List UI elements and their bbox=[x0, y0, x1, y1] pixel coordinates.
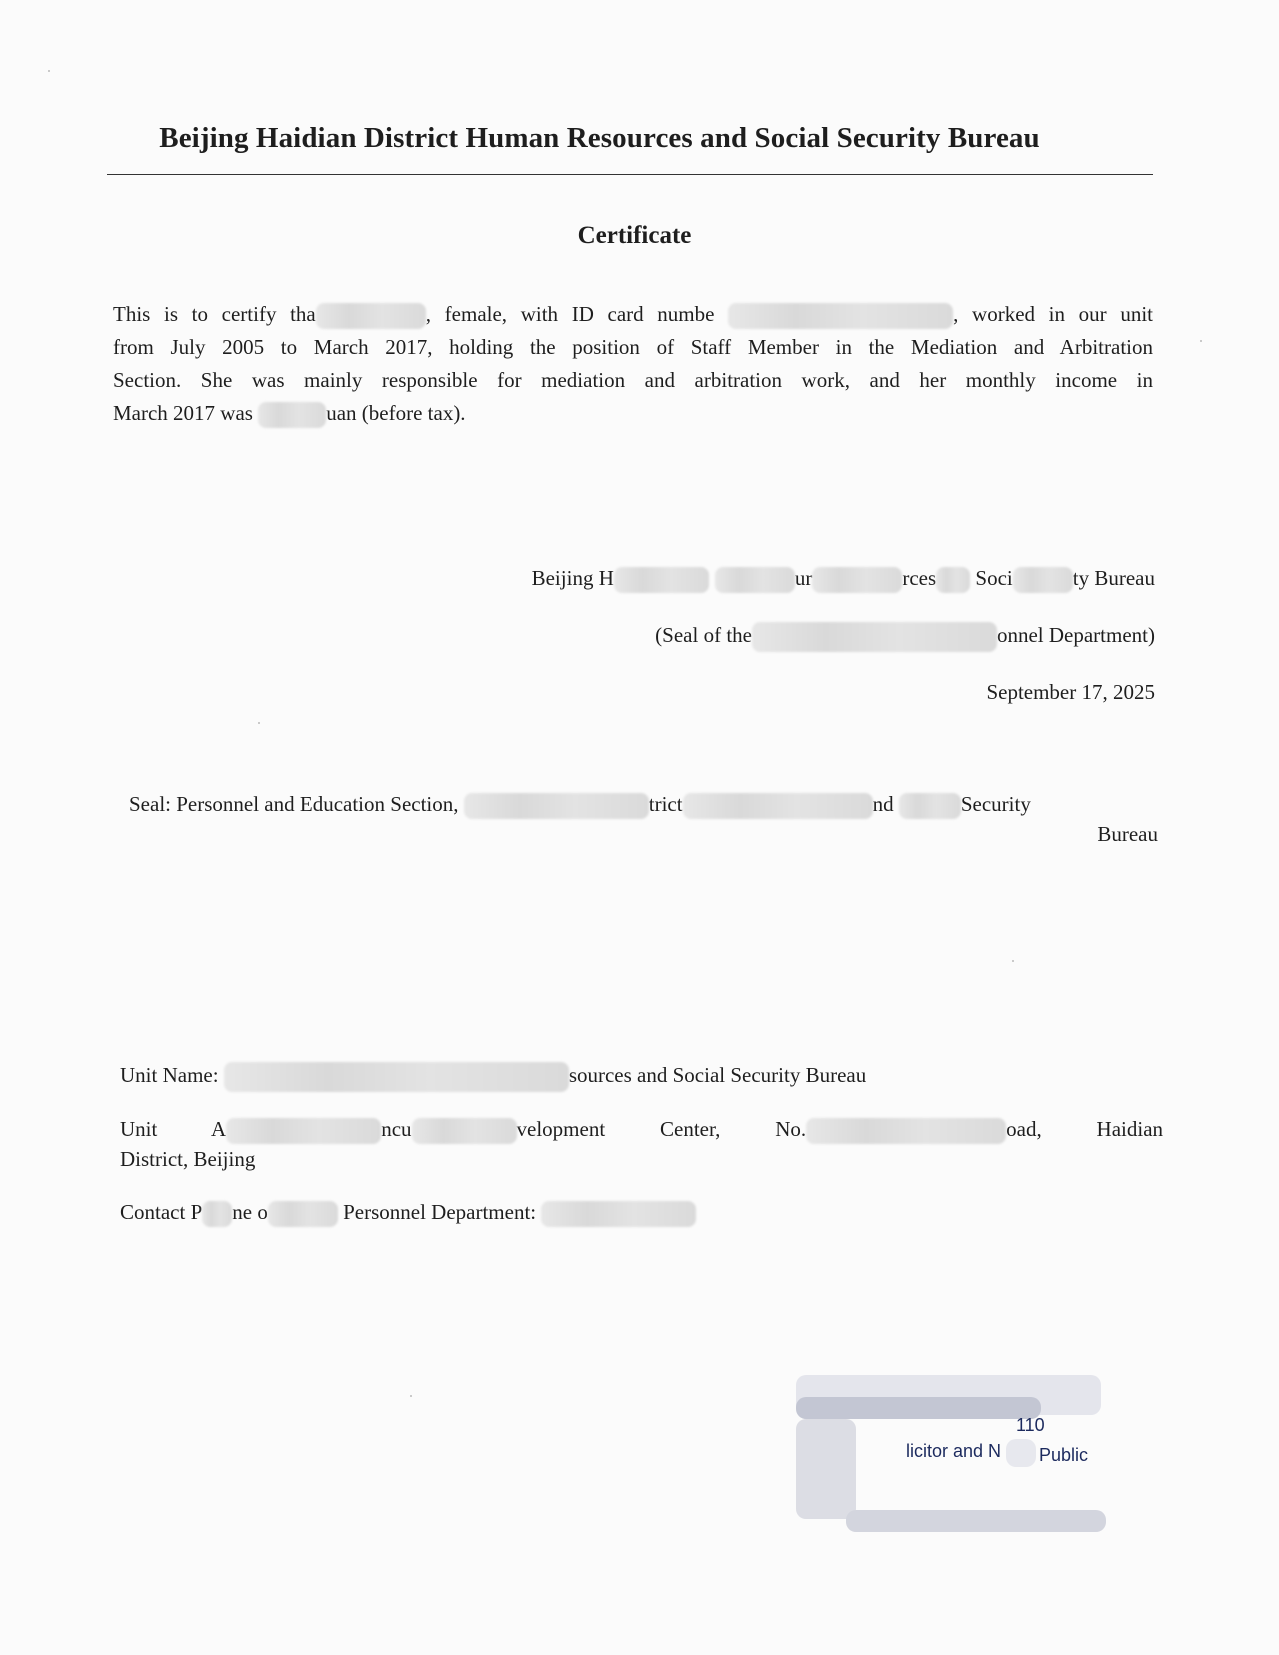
redacted-text bbox=[202, 1201, 232, 1227]
body-line-4: March 2017 was uan (before tax). bbox=[113, 397, 1153, 430]
issuer-seal-note: (Seal of theonnel Department) bbox=[655, 622, 1155, 652]
seal-note-text: trict bbox=[649, 792, 683, 816]
unit-address: Unit Ancuvelopment Center, No.oad, Haidi… bbox=[120, 1114, 1163, 1174]
body-text: , worked in our unit bbox=[953, 302, 1153, 326]
certificate-title: Certificate bbox=[0, 222, 1279, 250]
redacted-text bbox=[806, 1118, 1006, 1144]
redacted-text bbox=[752, 622, 997, 652]
unit-address-text: Unit A bbox=[120, 1117, 226, 1141]
unit-name-text: sources and Social Security Bureau bbox=[569, 1063, 866, 1087]
header-divider bbox=[107, 174, 1153, 175]
body-text: , female, with ID card numbe bbox=[426, 302, 715, 326]
notary-text: Public bbox=[1039, 1445, 1088, 1466]
issuer-name: Beijing Hurrces Socity Bureau bbox=[532, 566, 1155, 593]
redacted-income bbox=[258, 402, 326, 428]
redacted-text bbox=[715, 567, 795, 593]
redacted-text bbox=[899, 793, 961, 819]
issuer-text: ur bbox=[795, 566, 813, 590]
body-line-1: This is to certify tha, female, with ID … bbox=[113, 298, 1153, 331]
unit-address-text: velopment Center, No. bbox=[517, 1117, 807, 1141]
issuer-text: rces bbox=[902, 566, 936, 590]
seal-note-text: nd bbox=[873, 792, 894, 816]
redacted-block bbox=[796, 1419, 856, 1519]
redacted-phone bbox=[541, 1201, 696, 1227]
unit-name-label: Unit Name: bbox=[120, 1063, 219, 1087]
contact-text: ne o bbox=[232, 1200, 268, 1224]
unit-address-line-2: District, Beijing bbox=[120, 1144, 1163, 1174]
issue-date: September 17, 2025 bbox=[986, 680, 1155, 705]
document-header-title: Beijing Haidian District Human Resources… bbox=[0, 122, 1279, 155]
certificate-title-text: Certificate bbox=[578, 222, 692, 250]
body-line-3: Section. She was mainly responsible for … bbox=[113, 364, 1153, 397]
certificate-body: This is to certify tha, female, with ID … bbox=[113, 298, 1153, 430]
seal-note-text: Security bbox=[961, 792, 1031, 816]
unit-name: Unit Name: sources and Social Security B… bbox=[120, 1062, 866, 1092]
issuer-text: Soci bbox=[975, 566, 1012, 590]
redacted-text bbox=[464, 793, 649, 819]
contact-text: Personnel Department: bbox=[343, 1200, 536, 1224]
body-line-2: from July 2005 to March 2017, holding th… bbox=[113, 331, 1153, 364]
unit-address-text: ncu bbox=[381, 1117, 411, 1141]
redacted-text bbox=[224, 1062, 569, 1092]
body-text: uan (before tax). bbox=[326, 401, 465, 425]
redacted-text bbox=[412, 1118, 517, 1144]
seal-note-text: Seal: Personnel and Education Section, bbox=[129, 792, 459, 816]
redacted-text bbox=[226, 1118, 381, 1144]
notary-text: licitor and N bbox=[906, 1441, 1001, 1462]
redacted-text bbox=[614, 567, 709, 593]
redacted-text bbox=[683, 793, 873, 819]
redacted-text bbox=[268, 1201, 338, 1227]
seal-text: onnel Department) bbox=[997, 623, 1155, 647]
notary-stamp: 110 licitor and N Public bbox=[806, 1375, 1111, 1525]
redacted-block bbox=[796, 1397, 1041, 1419]
contact-phone: Contact Pne o Personnel Department: bbox=[120, 1200, 696, 1227]
unit-address-text: oad, Haidian bbox=[1006, 1117, 1163, 1141]
issuer-text: Beijing H bbox=[532, 566, 614, 590]
contact-text: Contact P bbox=[120, 1200, 202, 1224]
seal-text: (Seal of the bbox=[655, 623, 752, 647]
body-text: This is to certify tha bbox=[113, 302, 316, 326]
issuer-text: ty Bureau bbox=[1073, 566, 1155, 590]
redacted-block bbox=[846, 1510, 1106, 1532]
seal-note-line2: Bureau bbox=[1097, 822, 1158, 847]
redacted-id-number bbox=[728, 303, 953, 329]
redacted-text bbox=[1013, 567, 1073, 593]
body-text: March 2017 was bbox=[113, 401, 253, 425]
redacted-block bbox=[1006, 1439, 1036, 1467]
header-title-text: Beijing Haidian District Human Resources… bbox=[159, 122, 1040, 155]
redacted-text bbox=[812, 567, 902, 593]
redacted-name bbox=[316, 303, 426, 329]
redacted-text bbox=[936, 567, 970, 593]
notary-code-fragment: 110 bbox=[1016, 1415, 1045, 1436]
unit-address-line-1: Unit Ancuvelopment Center, No.oad, Haidi… bbox=[120, 1114, 1163, 1144]
seal-note: Seal: Personnel and Education Section, t… bbox=[129, 792, 1031, 819]
